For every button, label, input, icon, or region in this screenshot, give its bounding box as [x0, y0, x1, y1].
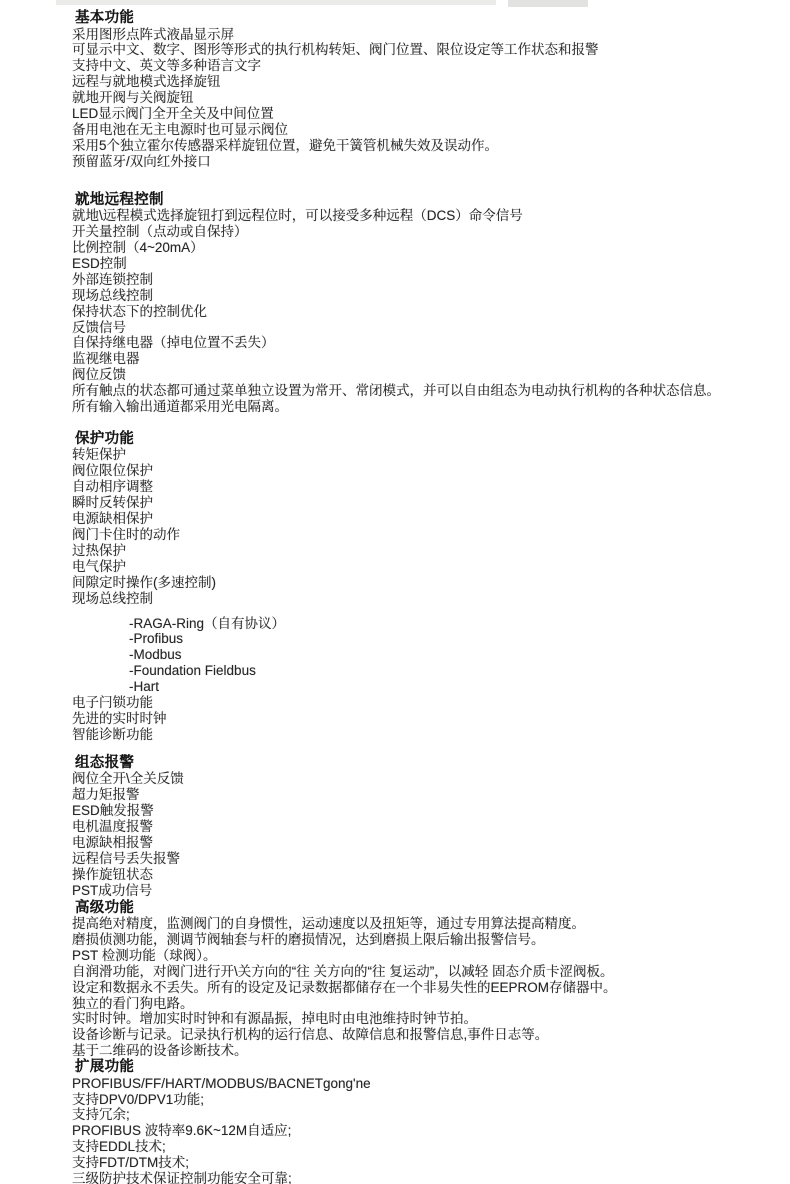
spec-line: 阀位反馈 [72, 367, 766, 383]
section-extended-functions: 扩展功能PROFIBUS/FF/HART/MODBUS/BACNETgong'n… [72, 1059, 766, 1184]
spec-line: 外部连锁控制 [72, 272, 766, 288]
spec-line: 支持DPV0/DPV1功能; [72, 1092, 766, 1108]
spec-line: 电气保护 [72, 559, 766, 575]
spec-line: 电机温度报警 [72, 819, 766, 835]
spec-line: -Foundation Fieldbus [72, 663, 766, 679]
section-title-local-remote-control: 就地远程控制 [75, 192, 766, 209]
spec-line: 现场总线控制 [72, 288, 766, 304]
spec-line: 支持FDT/DTM技术; [72, 1155, 766, 1171]
spec-line: 现场总线控制 [72, 591, 766, 607]
spec-line: 磨损侦测功能，测调节阀轴套与杆的磨损情况，达到磨损上限后输出报警信号。 [72, 932, 766, 948]
spec-line: PROFIBUS/FF/HART/MODBUS/BACNETgong'ne [72, 1076, 766, 1092]
spec-line: 阀位全开\全关反馈 [72, 771, 766, 787]
spec-line: 实时时钟。增加实时时钟和有源晶振，掉电时由电池维持时钟节拍。 [72, 1011, 766, 1027]
spec-line: 瞬时反转保护 [72, 495, 766, 511]
spec-line: 开关量控制（点动或自保持） [72, 224, 766, 240]
spec-line: ESD触发报警 [72, 803, 766, 819]
section-title-extended-functions: 扩展功能 [75, 1059, 766, 1076]
section-local-remote-control: 就地远程控制就地\远程模式选择旋钮打到远程位时，可以接受多种远程（DCS）命令信… [72, 192, 766, 415]
spec-line: 自保持继电器（掉电位置不丢失） [72, 335, 766, 351]
spec-line: 所有输入输出通道都采用光电隔离。 [72, 399, 766, 415]
spec-line: 预留蓝牙/双向红外接口 [72, 154, 766, 170]
spec-line: 电源缺相保护 [72, 511, 766, 527]
spec-line: 基于二维码的设备诊断技术。 [72, 1043, 766, 1059]
document-body: 基本功能采用图形点阵式液晶显示屏可显示中文、数字、图形等形式的执行机构转矩、阀门… [0, 0, 790, 1184]
spec-line: 先进的实时时钟 [72, 711, 766, 727]
spec-line: 支持中文、英文等多种语言文字 [72, 58, 766, 74]
spec-line: -RAGA-Ring（自有协议） [72, 616, 766, 632]
section-advanced-functions: 高级功能提高绝对精度，监测阀门的自身惯性，运动速度以及扭矩等，通过专用算法提高精… [72, 900, 766, 1060]
spec-line: 监视继电器 [72, 351, 766, 367]
spec-line: PST成功信号 [72, 883, 766, 899]
spec-line: 采用图形点阵式液晶显示屏 [72, 27, 766, 43]
spec-line: 阀门卡住时的动作 [72, 527, 766, 543]
section-title-advanced-functions: 高级功能 [75, 900, 766, 917]
section-title-protection-functions: 保护功能 [75, 431, 766, 448]
spec-line: 独立的看门狗电路。 [72, 996, 766, 1012]
spec-line: 提高绝对精度，监测阀门的自身惯性，运动速度以及扭矩等，通过专用算法提高精度。 [72, 916, 766, 932]
spec-line: LED显示阀门全开全关及中间位置 [72, 106, 766, 122]
spec-line: 转矩保护 [72, 447, 766, 463]
spec-line: 过热保护 [72, 543, 766, 559]
spec-line: 操作旋钮状态 [72, 867, 766, 883]
spec-line: 支持EDDL技术; [72, 1139, 766, 1155]
spec-line: 阀位限位保护 [72, 463, 766, 479]
section-configured-alarms: 组态报警阀位全开\全关反馈超力矩报警ESD触发报警电机温度报警电源缺相报警远程信… [72, 755, 766, 899]
spec-line: 采用5个独立霍尔传感器采样旋钮位置，避免干簧管机械失效及误动作。 [72, 138, 766, 154]
spec-line: -Hart [72, 679, 766, 695]
spec-line: 可显示中文、数字、图形等形式的执行机构转矩、阀门位置、限位设定等工作状态和报警 [72, 42, 766, 58]
spec-line: -Modbus [72, 647, 766, 663]
spec-line: PROFIBUS 波特率9.6K~12M自适应; [72, 1123, 766, 1139]
spec-line: 间隙定时操作(多速控制) [72, 575, 766, 591]
spec-line: 超力矩报警 [72, 787, 766, 803]
spec-line: 三级防护技术保证控制功能安全可靠; [72, 1171, 766, 1184]
section-title-configured-alarms: 组态报警 [75, 755, 766, 772]
spec-line: 比例控制（4~20mA） [72, 240, 766, 256]
spec-line: 设定和数据永不丢失。所有的设定及记录数据都储存在一个非易失性的EEPROM存储器… [72, 980, 766, 996]
spec-line: 远程信号丢失报警 [72, 851, 766, 867]
spec-line: 支持冗余; [72, 1107, 766, 1123]
spec-line: 反馈信号 [72, 320, 766, 336]
spec-line: -Profibus [72, 631, 766, 647]
spec-line: 自润滑功能，对阀门进行开\关方向的“往 关方向的“往 复运动”，以减轻 固态介质… [72, 964, 766, 980]
spec-line: 智能诊断功能 [72, 727, 766, 743]
spec-line: 电子闩锁功能 [72, 695, 766, 711]
spec-line: 远程与就地模式选择旋钮 [72, 74, 766, 90]
section-title-basic-functions: 基本功能 [75, 10, 766, 27]
spec-line: 设备诊断与记录。记录执行机构的运行信息、故障信息和报警信息,事件日志等。 [72, 1027, 766, 1043]
section-basic-functions: 基本功能采用图形点阵式液晶显示屏可显示中文、数字、图形等形式的执行机构转矩、阀门… [72, 10, 766, 170]
spec-line: ESD控制 [72, 256, 766, 272]
spec-line: 所有触点的状态都可通过菜单独立设置为常开、常闭模式，并可以自由组态为电动执行机构… [72, 383, 766, 399]
spec-line: 就地\远程模式选择旋钮打到远程位时，可以接受多种远程（DCS）命令信号 [72, 208, 766, 224]
spec-line: 备用电池在无主电源时也可显示阀位 [72, 122, 766, 138]
spec-line: 保持状态下的控制优化 [72, 304, 766, 320]
section-protection-functions: 保护功能转矩保护阀位限位保护自动相序调整瞬时反转保护电源缺相保护阀门卡住时的动作… [72, 431, 766, 743]
spec-line: 自动相序调整 [72, 479, 766, 495]
spec-line: 就地开阀与关阀旋钮 [72, 90, 766, 106]
spec-line: PST 检测功能（球阀）。 [72, 948, 766, 964]
spec-line: 电源缺相报警 [72, 835, 766, 851]
